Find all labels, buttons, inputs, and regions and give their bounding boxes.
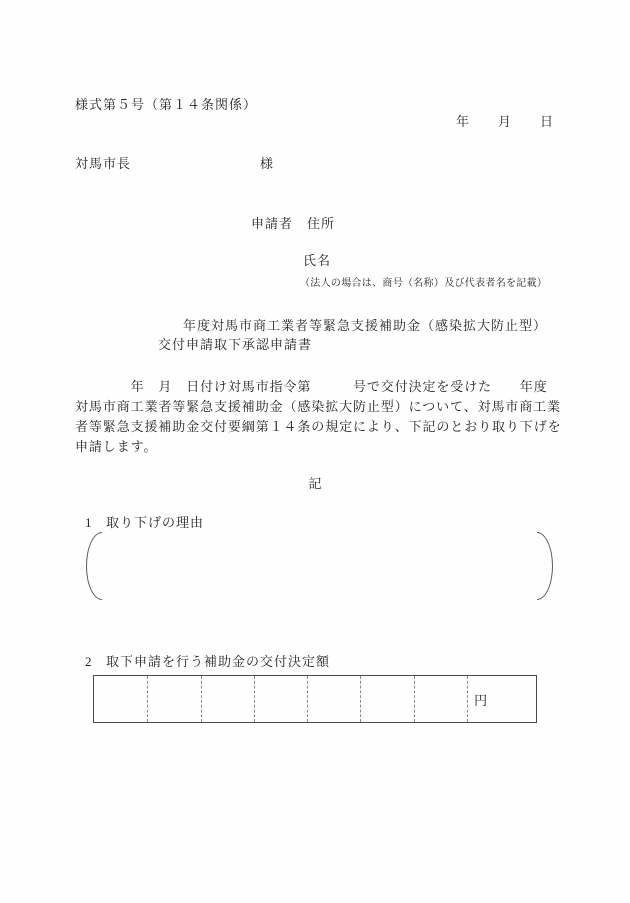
applicant-name-label: 氏名 (303, 253, 331, 269)
record-mark: 記 (0, 476, 630, 492)
grant-amount-table: 円 (93, 675, 537, 723)
amount-digit-cell (360, 676, 413, 722)
section2-number: 2 (85, 654, 93, 670)
body-line: 申請します。 (75, 437, 567, 457)
addressee-honorific: 様 (260, 156, 274, 172)
section1-number: 1 (85, 515, 93, 531)
amount-digit-cell (147, 676, 200, 722)
body-line: 対馬市商工業者等緊急支援補助金（感染拡大防止型）について、対馬市商工業 (75, 397, 567, 417)
amount-digit-cell (94, 676, 147, 722)
amount-unit-cell: 円 (467, 676, 536, 722)
form-number: 様式第５号（第１４条関係） (75, 97, 257, 113)
applicant-address-label: 申請者 住所 (251, 216, 335, 232)
yen-unit-label: 円 (468, 690, 487, 709)
body-paragraph: 年 月 日付け対馬市指令第 号で交付決定を受けた 年度 対馬市商工業者等緊急支援… (75, 377, 567, 457)
body-line: 者等緊急支援補助金交付要綱第１４条の規定により、下記のとおり取り下げを (75, 417, 567, 437)
reason-bracket-left (86, 532, 102, 600)
application-form-page: 様式第５号（第１４条関係） 年 月 日 対馬市長 様 申請者 住所 氏名 （法人… (0, 0, 630, 903)
amount-digit-cell (307, 676, 360, 722)
amount-digit-cell (254, 676, 307, 722)
section2-title: 取下申請を行う補助金の交付決定額 (106, 654, 330, 670)
amount-digit-cell (414, 676, 467, 722)
reason-bracket-right (537, 532, 553, 600)
body-line: 年 月 日付け対馬市指令第 号で交付決定を受けた 年度 (75, 377, 567, 397)
section1-title: 取り下げの理由 (106, 515, 204, 531)
corporate-note: （法人の場合は、商号（名称）及び代表者名を記載） (300, 278, 547, 290)
addressee-name: 対馬市長 (75, 156, 131, 172)
amount-digit-cell (201, 676, 254, 722)
document-title-line2: 交付申請取下承認申請書 (158, 337, 312, 353)
document-title-line1: 年度対馬市商工業者等緊急支援補助金（感染拡大防止型） (183, 318, 547, 334)
date-line: 年 月 日 (456, 114, 554, 130)
